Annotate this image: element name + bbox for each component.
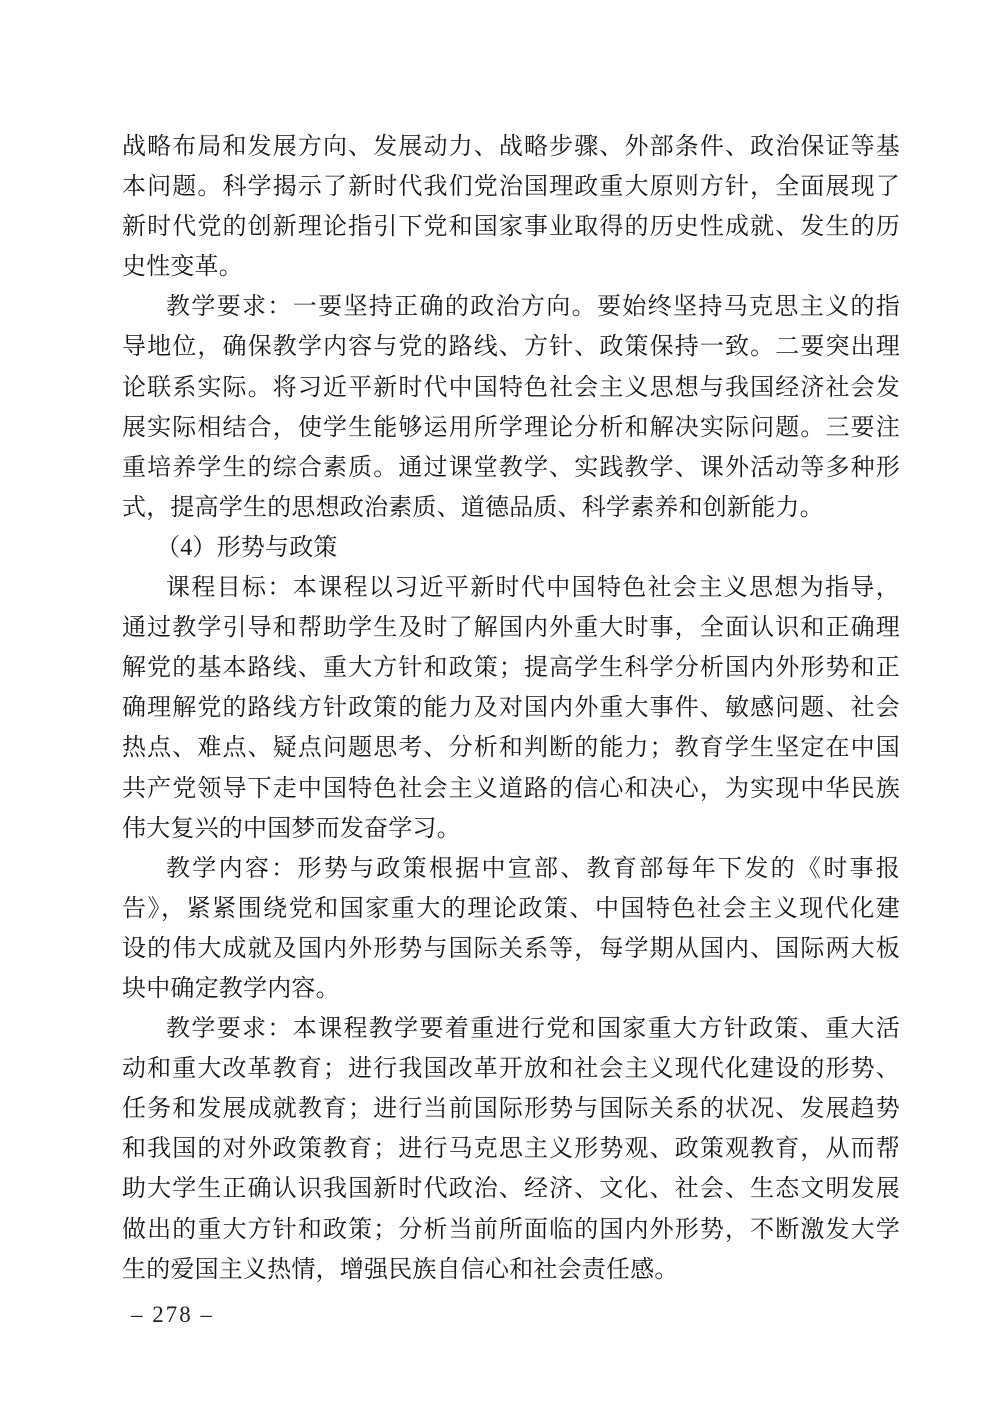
section-heading: （4）形势与政策 bbox=[122, 528, 900, 568]
text-line: 教学要求：一要坚持正确的政治方向。要始终坚持马克思主义的指 bbox=[122, 287, 900, 327]
teaching-requirements-paragraph-1: 教学要求：一要坚持正确的政治方向。要始终坚持马克思主义的指 导地位，确保教学内容… bbox=[122, 287, 900, 528]
course-objectives-paragraph: 课程目标：本课程以习近平新时代中国特色社会主义思想为指导， 通过教学引导和帮助学… bbox=[122, 568, 900, 849]
text-line: 解党的基本路线、重大方针和政策；提高学生科学分析国内外形势和正 bbox=[122, 648, 900, 688]
text-line: 助大学生正确认识我国新时代政治、经济、文化、社会、生态文明发展 bbox=[122, 1169, 900, 1209]
text-line: 生的爱国主义热情，增强民族自信心和社会责任感。 bbox=[122, 1250, 900, 1290]
teaching-content-paragraph: 教学内容：形势与政策根据中宣部、教育部每年下发的《时事报 告》，紧紧围绕党和国家… bbox=[122, 849, 900, 1009]
text-line: 任务和发展成就教育；进行当前国际形势与国际关系的状况、发展趋势 bbox=[122, 1089, 900, 1129]
text-line: 伟大复兴的中国梦而发奋学习。 bbox=[122, 809, 900, 849]
text-line: 确理解党的路线方针政策的能力及对国内外重大事件、敏感问题、社会 bbox=[122, 688, 900, 728]
text-line: 新时代党的创新理论指引下党和国家事业取得的历史性成就、发生的历 bbox=[122, 207, 900, 247]
text-line: 战略布局和发展方向、发展动力、战略步骤、外部条件、政治保证等基 bbox=[122, 127, 900, 167]
document-page: 战略布局和发展方向、发展动力、战略步骤、外部条件、政治保证等基 本问题。科学揭示… bbox=[0, 0, 1000, 1414]
page-number: – 278 – bbox=[131, 1302, 214, 1328]
text-line: 本问题。科学揭示了新时代我们党治国理政重大原则方针，全面展现了 bbox=[122, 167, 900, 207]
text-line: 热点、难点、疑点问题思考、分析和判断的能力；教育学生坚定在中国 bbox=[122, 728, 900, 768]
text-line: 共产党领导下走中国特色社会主义道路的信心和决心，为实现中华民族 bbox=[122, 769, 900, 809]
text-line: 通过教学引导和帮助学生及时了解国内外重大时事，全面认识和正确理 bbox=[122, 608, 900, 648]
text-line: 导地位，确保教学内容与党的路线、方针、政策保持一致。二要突出理 bbox=[122, 327, 900, 367]
text-line: 课程目标：本课程以习近平新时代中国特色社会主义思想为指导， bbox=[122, 568, 900, 608]
text-line: 重培养学生的综合素质。通过课堂教学、实践教学、课外活动等多种形 bbox=[122, 448, 900, 488]
text-line: 动和重大改革教育；进行我国改革开放和社会主义现代化建设的形势、 bbox=[122, 1049, 900, 1089]
text-line: 论联系实际。将习近平新时代中国特色社会主义思想与我国经济社会发 bbox=[122, 368, 900, 408]
teaching-requirements-paragraph-2: 教学要求：本课程教学要着重进行党和国家重大方针政策、重大活 动和重大改革教育；进… bbox=[122, 1009, 900, 1290]
continuation-paragraph: 战略布局和发展方向、发展动力、战略步骤、外部条件、政治保证等基 本问题。科学揭示… bbox=[122, 127, 900, 287]
text-line: 教学内容：形势与政策根据中宣部、教育部每年下发的《时事报 bbox=[122, 849, 900, 889]
text-line: 和我国的对外政策教育；进行马克思主义形势观、政策观教育，从而帮 bbox=[122, 1129, 900, 1169]
text-line: 告》，紧紧围绕党和国家重大的理论政策、中国特色社会主义现代化建 bbox=[122, 889, 900, 929]
text-line: 展实际相结合，使学生能够运用所学理论分析和解决实际问题。三要注 bbox=[122, 408, 900, 448]
text-line: 史性变革。 bbox=[122, 247, 900, 287]
text-line: 式，提高学生的思想政治素质、道德品质、科学素养和创新能力。 bbox=[122, 488, 900, 528]
text-line: 教学要求：本课程教学要着重进行党和国家重大方针政策、重大活 bbox=[122, 1009, 900, 1049]
document-body: 战略布局和发展方向、发展动力、战略步骤、外部条件、政治保证等基 本问题。科学揭示… bbox=[122, 127, 900, 1290]
section-heading-situation-and-policy: （4）形势与政策 bbox=[122, 528, 900, 568]
text-line: 设的伟大成就及国内外形势与国际关系等，每学期从国内、国际两大板 bbox=[122, 929, 900, 969]
text-line: 块中确定教学内容。 bbox=[122, 969, 900, 1009]
text-line: 做出的重大方针和政策；分析当前所面临的国内外形势，不断激发大学 bbox=[122, 1210, 900, 1250]
